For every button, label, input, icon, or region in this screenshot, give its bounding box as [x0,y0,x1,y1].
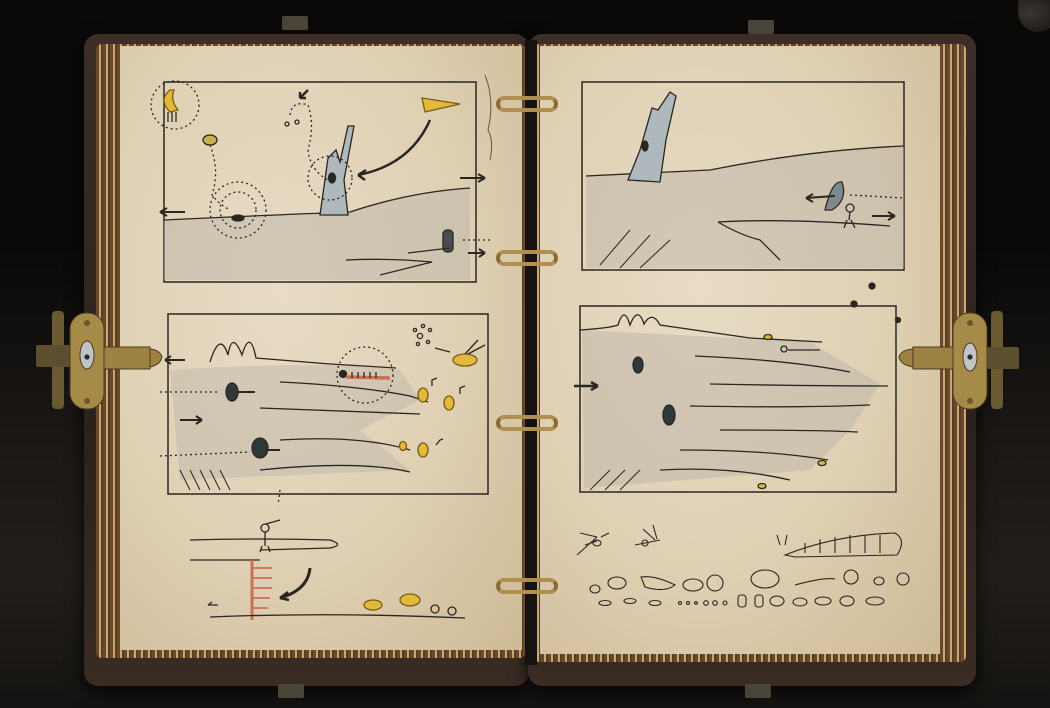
dead-tree-icon-right [628,92,676,182]
yellow-bug-1-icon [364,600,382,610]
margin-doodle-left [480,70,500,170]
sketch-footer-left [180,510,480,630]
bee-icon [203,135,217,145]
binder-ring-3 [496,415,558,431]
clasp-hinge-right [987,311,1019,409]
yellow-beetle-icon [164,90,178,122]
cover-tab-bottom-left [278,684,304,698]
sketch-panel-2 [160,300,500,510]
tiny-yellow-bug-icon [764,335,772,340]
mushroom-lever-1-icon [226,383,238,401]
right-clasp[interactable] [895,305,1025,415]
sketch-panel-4 [570,280,910,500]
dead-tree-icon [320,126,354,215]
sketch-panel-1 [150,70,490,290]
ground-eye-icon [232,215,244,221]
red-ladder-icon [252,560,272,620]
brass-hand-icon [104,347,162,369]
mushroom-2-icon [663,405,675,425]
musical-bee-3-icon [418,443,428,457]
eye-icon [80,341,94,369]
binder-ring-2 [496,250,558,266]
cover-tab-bottom-right [745,684,771,698]
sketch-insect-lifecycle [565,515,925,615]
horn-decoration [1018,0,1050,32]
caterpillar-icon [777,533,902,557]
musical-bee-2-icon [444,396,454,410]
mushroom-1-icon [633,357,643,373]
left-clasp[interactable] [30,305,165,415]
yellow-bug-2-icon [400,594,420,606]
sketch-panel-3 [570,70,910,280]
fly-1-icon [577,533,609,555]
fly-2-icon [635,525,660,546]
binder-ring-1 [496,96,558,112]
gnome-icon [260,520,280,552]
music-note-icon [432,378,437,386]
cover-tab-top-right [748,20,774,34]
brass-hand-icon-right [899,347,957,369]
eye-icon-right [963,343,977,371]
musical-bee-1-icon [418,388,428,402]
cover-tab-top-left [282,16,308,30]
yellow-wasp-icon [453,340,485,366]
yellow-horn-icon [422,98,460,112]
mushroom-lever-2-icon [252,438,268,458]
binder-ring-4 [496,578,558,594]
book-spine [525,40,537,665]
musical-bee-4-icon [400,442,407,451]
